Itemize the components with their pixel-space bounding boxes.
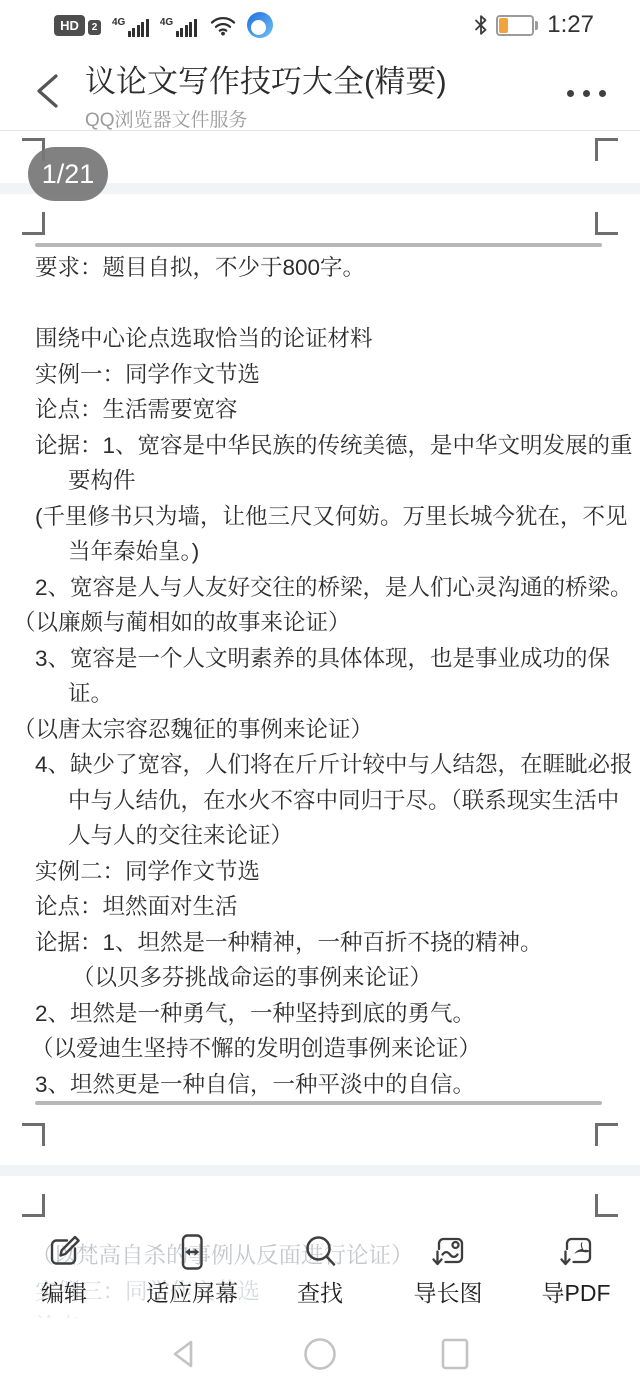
clock-time: 1:27 [547, 11, 594, 39]
document-line: 证。 [35, 676, 625, 712]
document-line: 当年秦始皇。) [35, 534, 625, 570]
document-line: 实例一：同学作文节选 [35, 357, 625, 393]
document-line: （以唐太宗容忍魏征的事例来论证） [13, 712, 625, 748]
document-line: 2、宽容是人与人友好交往的桥梁，是人们心灵沟通的桥梁。 [35, 570, 625, 606]
edit-icon [44, 1232, 84, 1272]
toolbar-item-find[interactable]: 查找 [256, 1225, 384, 1318]
toolbar-item-label: 导长图 [414, 1275, 483, 1308]
text-block-bottom-rule [35, 1101, 602, 1105]
phone-screen: HD 2 4G 4G [0, 0, 640, 1386]
text-block-top-rule [35, 243, 602, 247]
page-corner-mark [595, 212, 618, 235]
page-gap-band [0, 1165, 640, 1176]
toolbar-item-label: 编辑 [41, 1275, 87, 1308]
qq-browser-float-icon [247, 12, 273, 38]
toolbar-item-label: 导PDF [542, 1275, 611, 1308]
status-right: 1:27 [473, 11, 594, 39]
document-line: 论据：1、坦然是一种精神，一种百折不挠的精神。 [35, 925, 625, 961]
document-line: (千里修书只为墙，让他三尺又何妨。万里长城今犹在，不见 [35, 499, 625, 535]
toolbar-item-label: 查找 [297, 1275, 343, 1308]
page-corner-mark [595, 1123, 618, 1146]
fit-screen-icon [172, 1232, 212, 1272]
document-line: 中与人结仇，在水火不容中同归于尽。（联系现实生活中 [35, 783, 625, 819]
bottom-toolbar: 编辑 适应屏幕 [0, 1225, 640, 1318]
more-menu-button[interactable] [561, 84, 612, 103]
page-corner-mark [22, 1123, 45, 1146]
status-bar: HD 2 4G 4G [0, 0, 640, 50]
document-line: 3、坦然更是一种自信，一种平淡中的自信。 [35, 1067, 625, 1103]
page-corner-mark [595, 138, 618, 161]
document-line: （以廉颇与蔺相如的故事来论证） [13, 605, 625, 641]
hd-sim2-icon: 2 [88, 20, 101, 35]
document-line: 要求：题目自拟，不少于800字。 [35, 250, 625, 286]
title-bar: 议论文写作技巧大全(精要) QQ浏览器文件服务 [0, 50, 640, 131]
document-line: 实例二：同学作文节选 [35, 854, 625, 890]
title-block: 议论文写作技巧大全(精要) QQ浏览器文件服务 [85, 56, 555, 132]
wifi-icon [209, 13, 237, 37]
document-line: （以贝多芬挑战命运的事例来论证） [35, 960, 625, 996]
toolbar-item-fit-screen[interactable]: 适应屏幕 [128, 1225, 256, 1318]
toolbar-item-export-long-image[interactable]: 导长图 [384, 1225, 512, 1318]
document-line: 人与人的交往来论证） [35, 818, 625, 854]
page-corner-mark [22, 1194, 45, 1217]
hd-volte-icon: HD [54, 15, 85, 36]
home-circle-icon[interactable] [298, 1332, 342, 1376]
export-pdf-icon [556, 1232, 596, 1272]
document-line: 4、缺少了宽容，人们将在斤斤计较中与人结怨，在睚眦必报 [35, 747, 625, 783]
document-line: （以爱迪生坚持不懈的发明创造事例来论证） [31, 1031, 625, 1067]
signal-sim1-icon: 4G [112, 13, 149, 37]
battery-icon [496, 15, 534, 36]
page-corner-mark [22, 212, 45, 235]
status-left: HD 2 4G 4G [54, 12, 273, 38]
search-icon [300, 1232, 340, 1272]
page-corner-mark [595, 1194, 618, 1217]
document-lines: 要求：题目自拟，不少于800字。围绕中心论点选取恰当的论证材料实例一：同学作文节… [35, 250, 625, 1102]
recents-square-icon[interactable] [433, 1332, 477, 1376]
page-indicator-badge: 1/21 [28, 147, 108, 201]
battery-tip [535, 21, 538, 30]
document-line: 围绕中心论点选取恰当的论证材料 [35, 321, 625, 357]
document-line: 论点：生活需要宽容 [35, 392, 625, 428]
battery-fill [499, 18, 508, 33]
document-source: QQ浏览器文件服务 [85, 105, 555, 132]
document-line [35, 286, 625, 322]
android-nav-bar [0, 1318, 640, 1386]
document-line: 论据：1、宽容是中华民族的传统美德，是中华文明发展的重 [35, 428, 625, 464]
export-long-image-icon [428, 1232, 468, 1272]
toolbar-item-label: 适应屏幕 [146, 1275, 238, 1308]
signal-sim2-icon: 4G [160, 13, 197, 37]
back-button[interactable] [30, 68, 70, 114]
document-title: 议论文写作技巧大全(精要) [85, 56, 555, 101]
document-line: 论点：坦然面对生活 [35, 889, 625, 925]
toolbar-item-export-pdf[interactable]: 导PDF [512, 1225, 640, 1318]
back-triangle-icon[interactable] [162, 1332, 206, 1376]
bluetooth-icon [473, 13, 489, 37]
document-line: 要构件 [35, 463, 625, 499]
document-line: 2、坦然是一种勇气，一种坚持到底的勇气。 [35, 996, 625, 1032]
toolbar-item-edit[interactable]: 编辑 [0, 1225, 128, 1318]
document-line: 3、宽容是一个人文明素养的具体体现，也是事业成功的保 [35, 641, 625, 677]
